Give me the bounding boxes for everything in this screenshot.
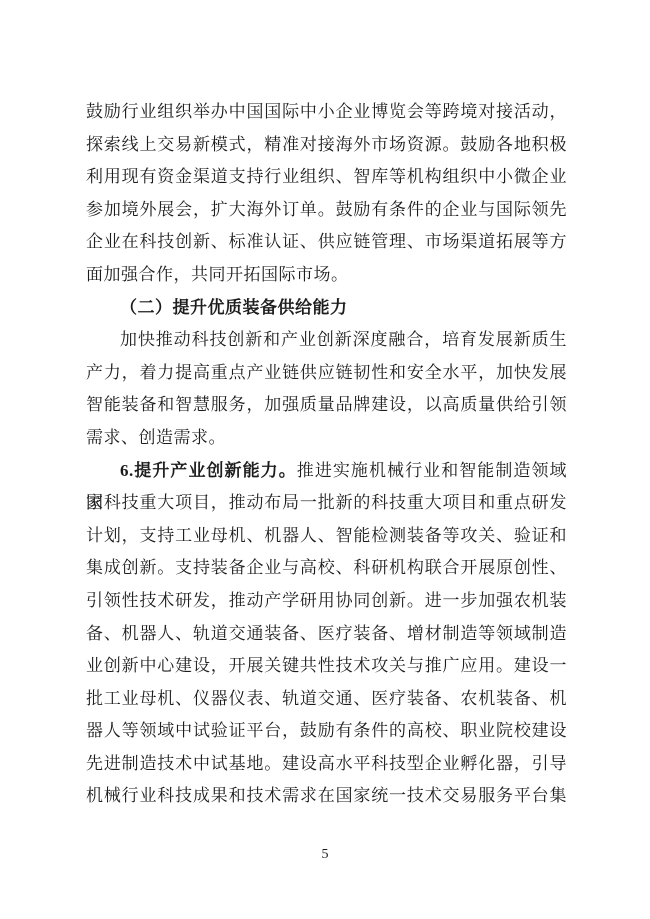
body-line: 面加强合作，共同开拓国际市场。 [86,259,567,292]
body-line: 加快推动科技创新和产业创新深度融合，培育发展新质生 [86,324,567,357]
page-number: 5 [0,845,650,865]
body-line: 计划，支持工业母机、机器人、智能检测装备等攻关、验证和 [86,520,567,553]
body-line: 鼓励行业组织举办中国国际中小企业博览会等跨境对接活动， [86,96,567,129]
body-line-clause-lead: 6.提升产业创新能力。推进实施机械行业和智能制造领域国 [86,455,567,488]
body-line: 智能装备和智慧服务，加强质量品牌建设，以高质量供给引领 [86,389,567,422]
body-line: 引领性技术研发，推动产学研用协同创新。进一步加强农机装 [86,585,567,618]
body-line: 先进制造技术中试基地。建设高水平科技型企业孵化器，引导 [86,748,567,781]
body-line: 备、机器人、轨道交通装备、医疗装备、增材制造等领域制造 [86,618,567,651]
section-heading: （二）提升优质装备供给能力 [86,292,567,325]
body-line: 企业在科技创新、标准认证、供应链管理、市场渠道拓展等方 [86,226,567,259]
body-line: 业创新中心建设，开展关键共性技术攻关与推广应用。建设一 [86,650,567,683]
body-line: 利用现有资金渠道支持行业组织、智库等机构组织中小微企业 [86,161,567,194]
body-line: 参加境外展会，扩大海外订单。鼓励有条件的企业与国际领先 [86,194,567,227]
clause-number-title: 6.提升产业创新能力。 [120,461,297,480]
body-line: 集成创新。支持装备企业与高校、科研机构联合开展原创性、 [86,552,567,585]
body-line: 机械行业科技成果和技术需求在国家统一技术交易服务平台集 [86,780,567,813]
body-line: 需求、创造需求。 [86,422,567,455]
body-line: 家科技重大项目，推动布局一批新的科技重大项目和重点研发 [86,487,567,520]
body-line: 探索线上交易新模式，精准对接海外市场资源。鼓励各地积极 [86,129,567,162]
page-body: 鼓励行业组织举办中国国际中小企业博览会等跨境对接活动， 探索线上交易新模式，精准… [86,96,567,813]
body-line: 器人等领域中试验证平台，鼓励有条件的高校、职业院校建设 [86,715,567,748]
document-page: 鼓励行业组织举办中国国际中小企业博览会等跨境对接活动， 探索线上交易新模式，精准… [0,0,650,919]
body-line: 产力，着力提高重点产业链供应链韧性和安全水平，加快发展 [86,357,567,390]
body-line: 批工业母机、仪器仪表、轨道交通、医疗装备、农机装备、机 [86,683,567,716]
